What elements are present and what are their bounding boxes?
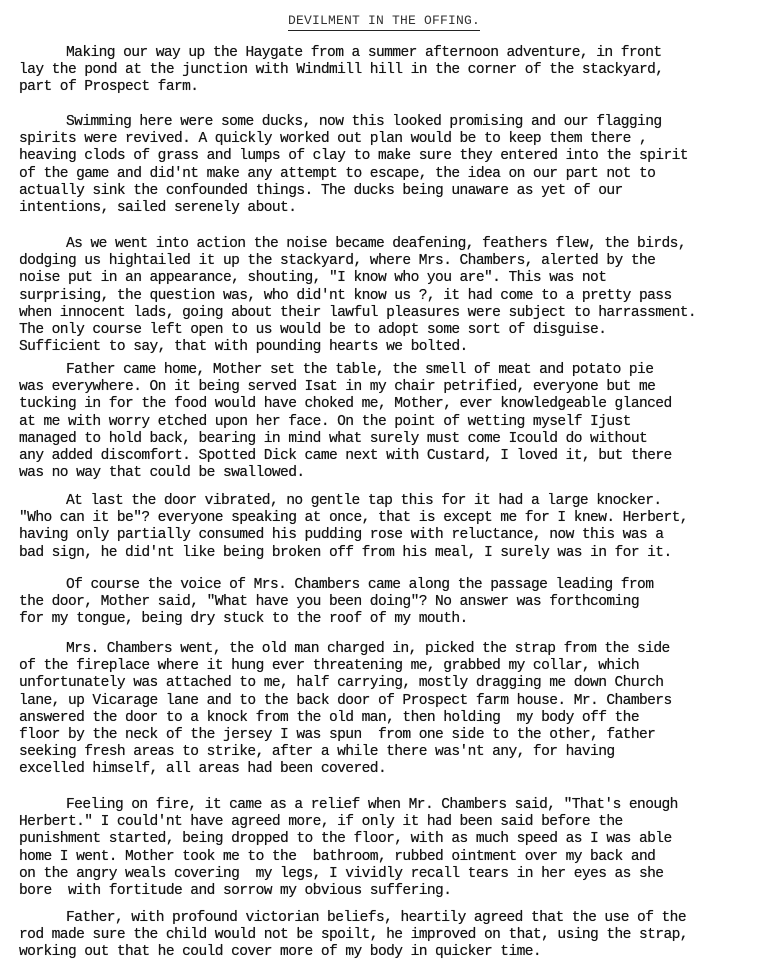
document-page: DEVILMENT IN THE OFFING. Making our way … <box>0 0 768 974</box>
text-line: noise put in an appearance, shouting, "I… <box>19 270 754 287</box>
text-line: Feeling on fire, it came as a relief whe… <box>19 797 754 814</box>
text-line: lane, up Vicarage lane and to the back d… <box>19 693 754 710</box>
text-line: Of course the voice of Mrs. Chambers cam… <box>19 577 754 594</box>
text-line: "Who can it be"? everyone speaking at on… <box>19 510 754 527</box>
text-line: having only partially consumed his puddi… <box>19 527 754 544</box>
text-line: excelled himself, all areas had been cov… <box>19 761 754 778</box>
text-line: for my tongue, being dry stuck to the ro… <box>19 611 754 628</box>
text-line: heaving clods of grass and lumps of clay… <box>19 148 754 165</box>
text-line: the door, Mother said, "What have you be… <box>19 594 754 611</box>
text-line: Sufficient to say, that with pounding he… <box>19 339 754 356</box>
text-line: Swimming here were some ducks, now this … <box>19 114 754 131</box>
paragraph: Swimming here were some ducks, now this … <box>19 114 754 217</box>
text-line: bad sign, he did'nt like being broken of… <box>19 545 754 562</box>
text-line: The only course left open to us would be… <box>19 322 754 339</box>
text-line: seeking fresh areas to strike, after a w… <box>19 744 754 761</box>
text-line: unfortunately was attached to me, half c… <box>19 675 754 692</box>
text-line: was no way that could be swallowed. <box>19 465 754 482</box>
text-line: was everywhere. On it being served Isat … <box>19 379 754 396</box>
text-line: answered the door to a knock from the ol… <box>19 710 754 727</box>
text-line: home I went. Mother took me to the bathr… <box>19 849 754 866</box>
text-line: on the angry weals covering my legs, I v… <box>19 866 754 883</box>
paragraph: Making our way up the Haygate from a sum… <box>19 45 754 97</box>
text-line: spirits were revived. A quickly worked o… <box>19 131 754 148</box>
paragraph: Father, with profound victorian beliefs,… <box>19 910 754 962</box>
paragraph: Mrs. Chambers went, the old man charged … <box>19 641 754 779</box>
text-line: floor by the neck of the jersey I was sp… <box>19 727 754 744</box>
text-line: Herbert." I could'nt have agreed more, i… <box>19 814 754 831</box>
paragraph: As we went into action the noise became … <box>19 236 754 356</box>
text-line: part of Prospect farm. <box>19 79 754 96</box>
text-line: Making our way up the Haygate from a sum… <box>19 45 754 62</box>
text-line: working out that he could cover more of … <box>19 944 754 961</box>
paragraph: Of course the voice of Mrs. Chambers cam… <box>19 577 754 629</box>
document-title-text: DEVILMENT IN THE OFFING. <box>288 13 480 31</box>
text-line: actually sink the confounded things. The… <box>19 183 754 200</box>
text-line: rod made sure the child would not be spo… <box>19 927 754 944</box>
text-line: punishment started, being dropped to the… <box>19 831 754 848</box>
text-line: intentions, sailed serenely about. <box>19 200 754 217</box>
text-line: As we went into action the noise became … <box>19 236 754 253</box>
text-line: Father came home, Mother set the table, … <box>19 362 754 379</box>
text-line: at me with worry etched upon her face. O… <box>19 414 754 431</box>
text-line: bore with fortitude and sorrow my obviou… <box>19 883 754 900</box>
document-title: DEVILMENT IN THE OFFING. <box>0 13 768 28</box>
text-line: Father, with profound victorian beliefs,… <box>19 910 754 927</box>
text-line: surprising, the question was, who did'nt… <box>19 288 754 305</box>
text-line: At last the door vibrated, no gentle tap… <box>19 493 754 510</box>
text-line: tucking in for the food would have choke… <box>19 396 754 413</box>
text-line: any added discomfort. Spotted Dick came … <box>19 448 754 465</box>
text-line: dodging us hightailed it up the stackyar… <box>19 253 754 270</box>
text-line: of the game and did'nt make any attempt … <box>19 166 754 183</box>
text-line: Mrs. Chambers went, the old man charged … <box>19 641 754 658</box>
text-line: managed to hold back, bearing in mind wh… <box>19 431 754 448</box>
paragraph: At last the door vibrated, no gentle tap… <box>19 493 754 562</box>
text-line: when innocent lads, going about their la… <box>19 305 754 322</box>
text-line: of the fireplace where it hung ever thre… <box>19 658 754 675</box>
paragraph: Feeling on fire, it came as a relief whe… <box>19 797 754 900</box>
text-line: lay the pond at the junction with Windmi… <box>19 62 754 79</box>
paragraph: Father came home, Mother set the table, … <box>19 362 754 482</box>
